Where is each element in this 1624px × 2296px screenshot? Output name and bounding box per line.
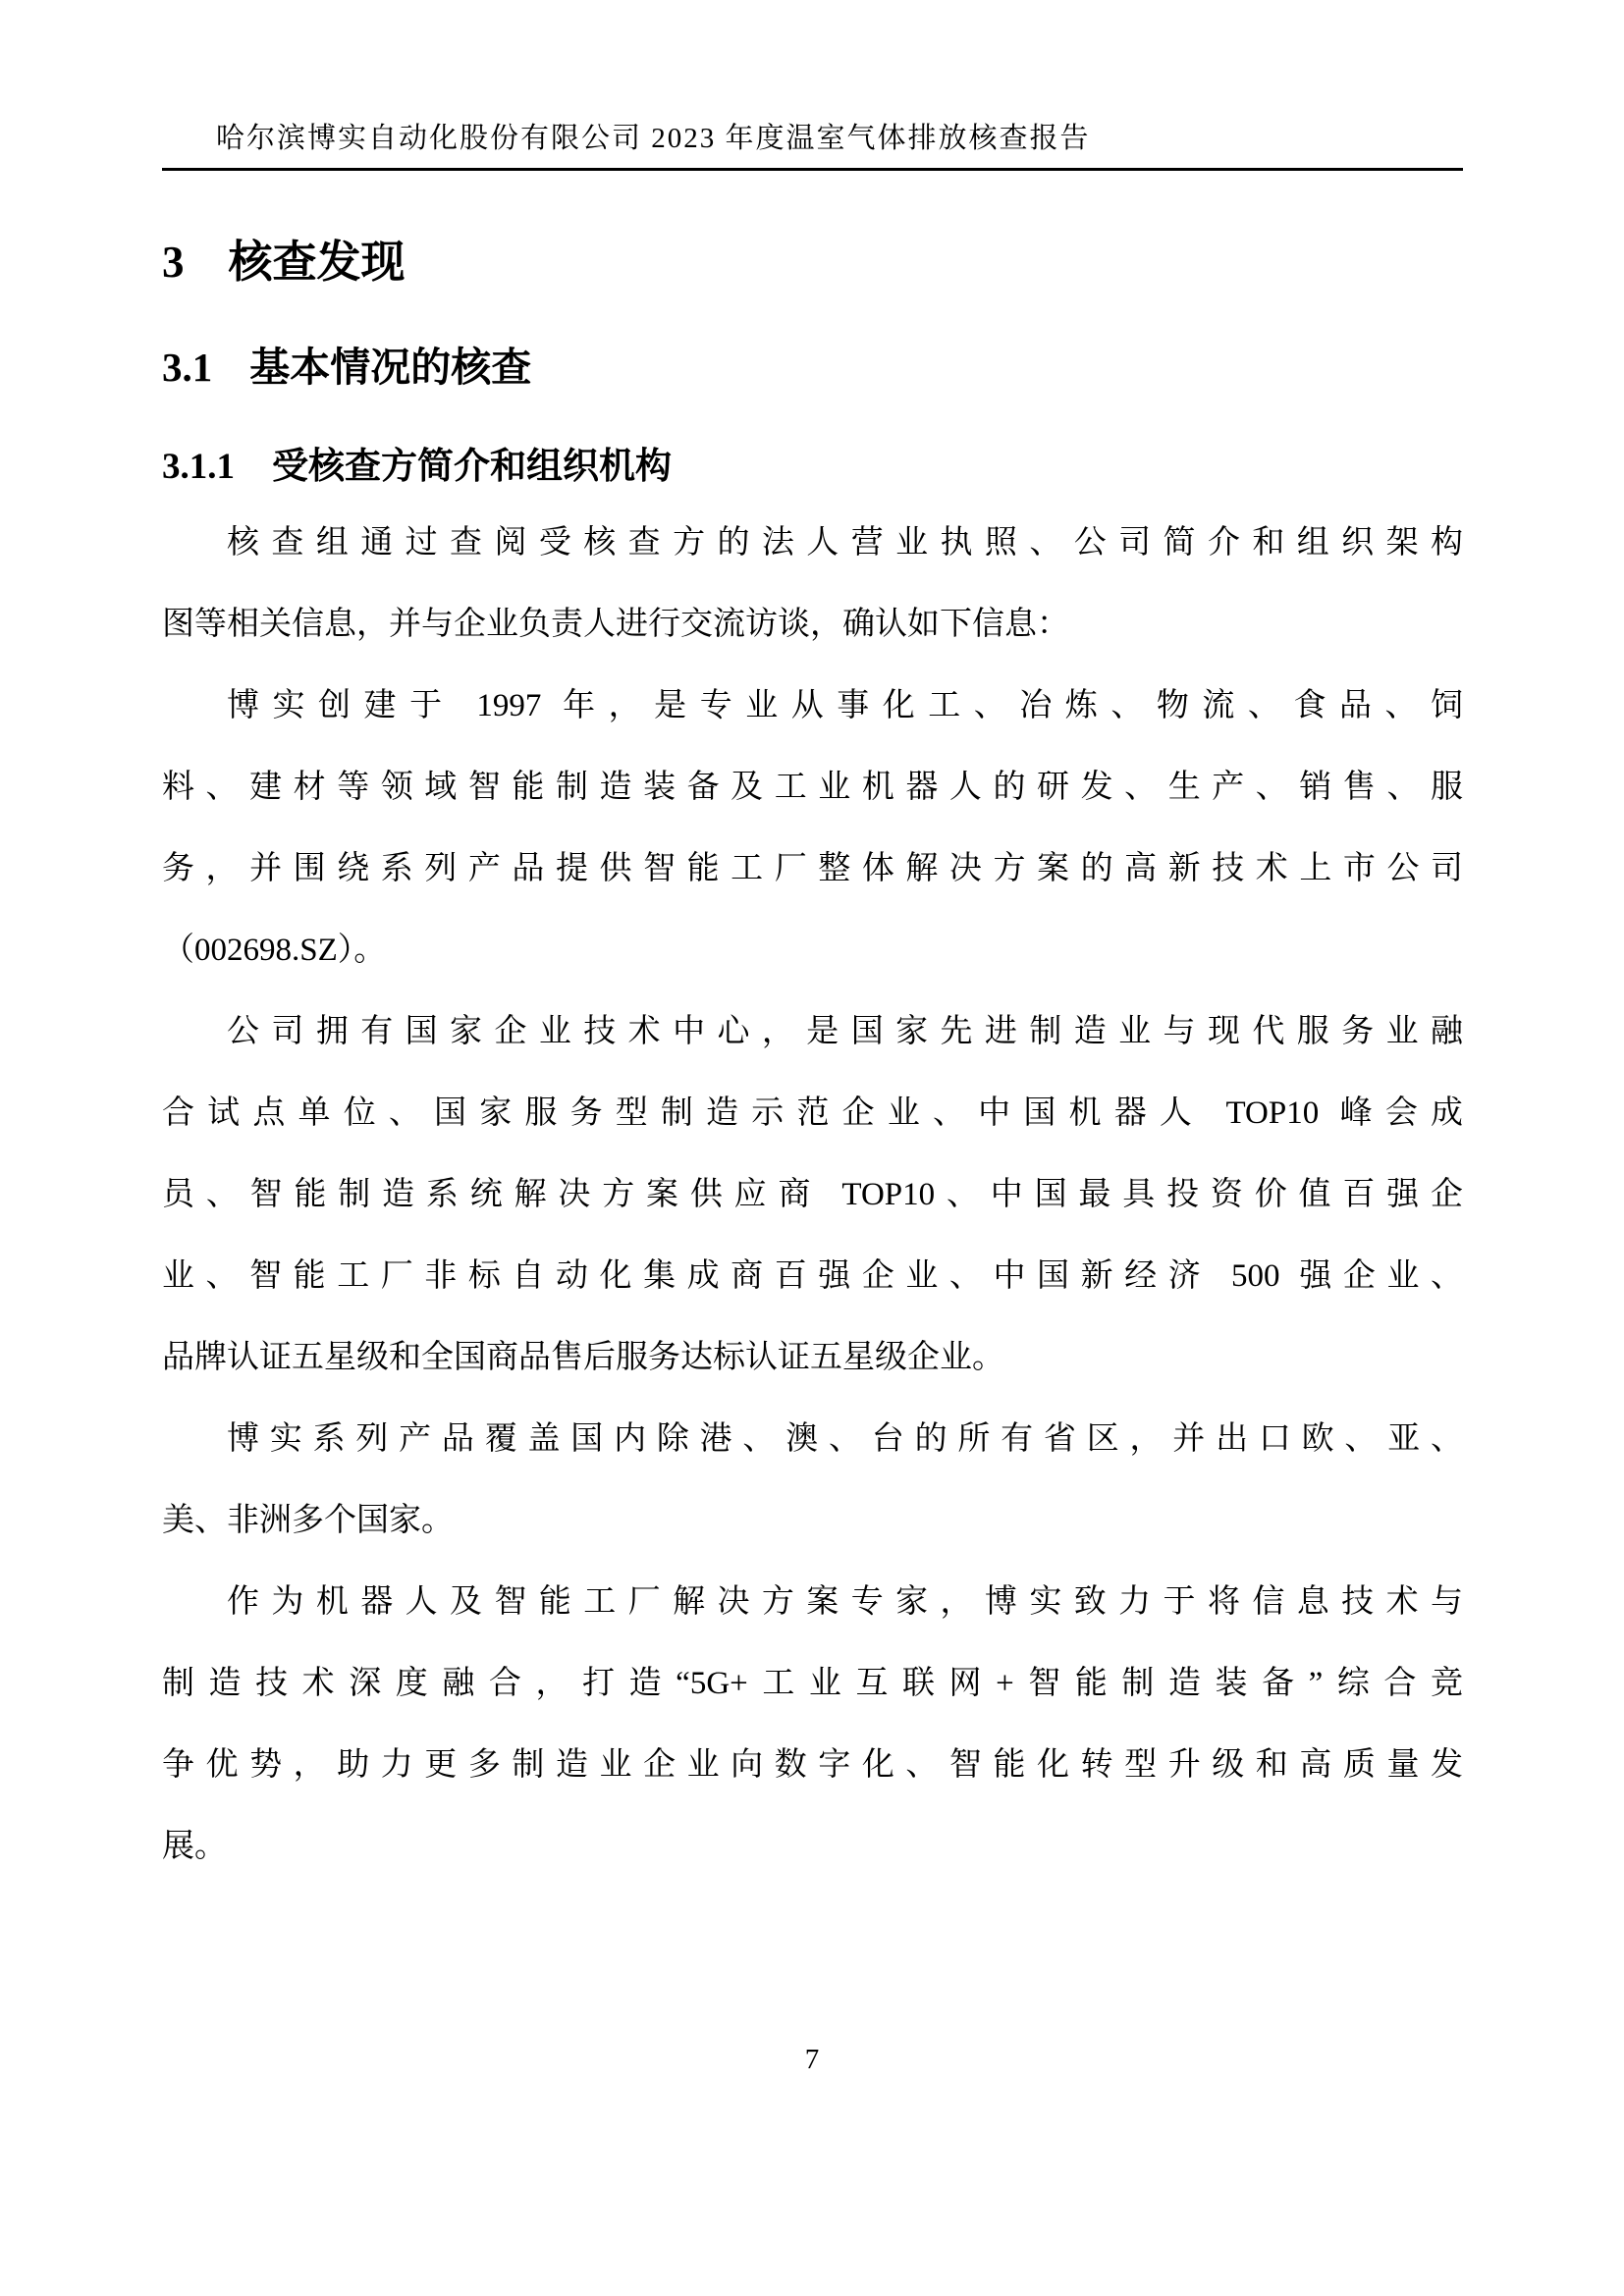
- paragraph-line: （002698.SZ）。: [162, 910, 1463, 991]
- paragraph-line: 核查组通过查阅受核查方的法人营业执照、公司简介和组织架构: [162, 503, 1463, 584]
- paragraph-line: 业、智能工厂非标自动化集成商百强企业、中国新经济 500 强企业、: [162, 1236, 1463, 1317]
- section-title: 受核查方简介和组织机构: [272, 447, 672, 487]
- page-number: 7: [805, 2044, 820, 2075]
- page-header-text: 哈尔滨博实自动化股份有限公司 2023 年度温室气体排放核查报告: [216, 123, 1091, 154]
- paragraph-line: 博实创建于 1997 年，是专业从事化工、冶炼、物流、食品、饲: [162, 666, 1463, 747]
- paragraph-line: 图等相关信息，并与企业负责人进行交流访谈，确认如下信息：: [162, 584, 1463, 666]
- paragraph-line: 美、非洲多个国家。: [162, 1480, 1463, 1562]
- paragraph-line: 公司拥有国家企业技术中心，是国家先进制造业与现代服务业融: [162, 991, 1463, 1073]
- paragraph-line: 合试点单位、国家服务型制造示范企业、中国机器人 TOP10 峰会成: [162, 1073, 1463, 1154]
- paragraph: 核查组通过查阅受核查方的法人营业执照、公司简介和组织架构图等相关信息，并与企业负…: [162, 503, 1463, 666]
- header-divider: [162, 168, 1463, 171]
- paragraph-line: 争优势，助力更多制造业企业向数字化、智能化转型升级和高质量发: [162, 1725, 1463, 1806]
- section-title: 核查发现: [229, 238, 406, 287]
- section-heading-level2: 3.1基本情况的核查: [162, 335, 1463, 393]
- page-header: 哈尔滨博实自动化股份有限公司 2023 年度温室气体排放核查报告: [162, 0, 1463, 156]
- paragraph-line: 作为机器人及智能工厂解决方案专家，博实致力于将信息技术与: [162, 1562, 1463, 1643]
- paragraph: 公司拥有国家企业技术中心，是国家先进制造业与现代服务业融合试点单位、国家服务型制…: [162, 991, 1463, 1399]
- paragraph-line: 品牌认证五星级和全国商品售后服务达标认证五星级企业。: [162, 1317, 1463, 1399]
- section-title: 基本情况的核查: [249, 345, 531, 390]
- section-heading-level3: 3.1.1受核查方简介和组织机构: [162, 436, 1463, 489]
- paragraph: 博实系列产品覆盖国内除港、澳、台的所有省区，并出口欧、亚、美、非洲多个国家。: [162, 1399, 1463, 1562]
- document-page: 哈尔滨博实自动化股份有限公司 2023 年度温室气体排放核查报告 3核查发现 3…: [0, 0, 1624, 2296]
- paragraph-line: 务，并围绕系列产品提供智能工厂整体解决方案的高新技术上市公司: [162, 828, 1463, 910]
- paragraph-line: 展。: [162, 1806, 1463, 1888]
- paragraph: 作为机器人及智能工厂解决方案专家，博实致力于将信息技术与制造技术深度融合，打造“…: [162, 1562, 1463, 1888]
- page-footer: 7: [0, 2044, 1624, 2076]
- paragraph-line: 制造技术深度融合，打造“5G+工业互联网+智能制造装备”综合竞: [162, 1643, 1463, 1725]
- paragraph-line: 员、智能制造系统解决方案供应商 TOP10、中国最具投资价值百强企: [162, 1154, 1463, 1236]
- paragraph: 博实创建于 1997 年，是专业从事化工、冶炼、物流、食品、饲料、建材等领域智能…: [162, 666, 1463, 991]
- paragraph-line: 博实系列产品覆盖国内除港、澳、台的所有省区，并出口欧、亚、: [162, 1399, 1463, 1480]
- page-content: 哈尔滨博实自动化股份有限公司 2023 年度温室气体排放核查报告 3核查发现 3…: [162, 0, 1463, 1888]
- section-number: 3.1: [162, 345, 212, 390]
- section-number: 3.1.1: [162, 447, 235, 487]
- section-heading-level1: 3核查发现: [162, 226, 1463, 290]
- document-body: 核查组通过查阅受核查方的法人营业执照、公司简介和组织架构图等相关信息，并与企业负…: [162, 503, 1463, 1888]
- section-number: 3: [162, 238, 185, 287]
- paragraph-line: 料、建材等领域智能制造装备及工业机器人的研发、生产、销售、服: [162, 747, 1463, 828]
